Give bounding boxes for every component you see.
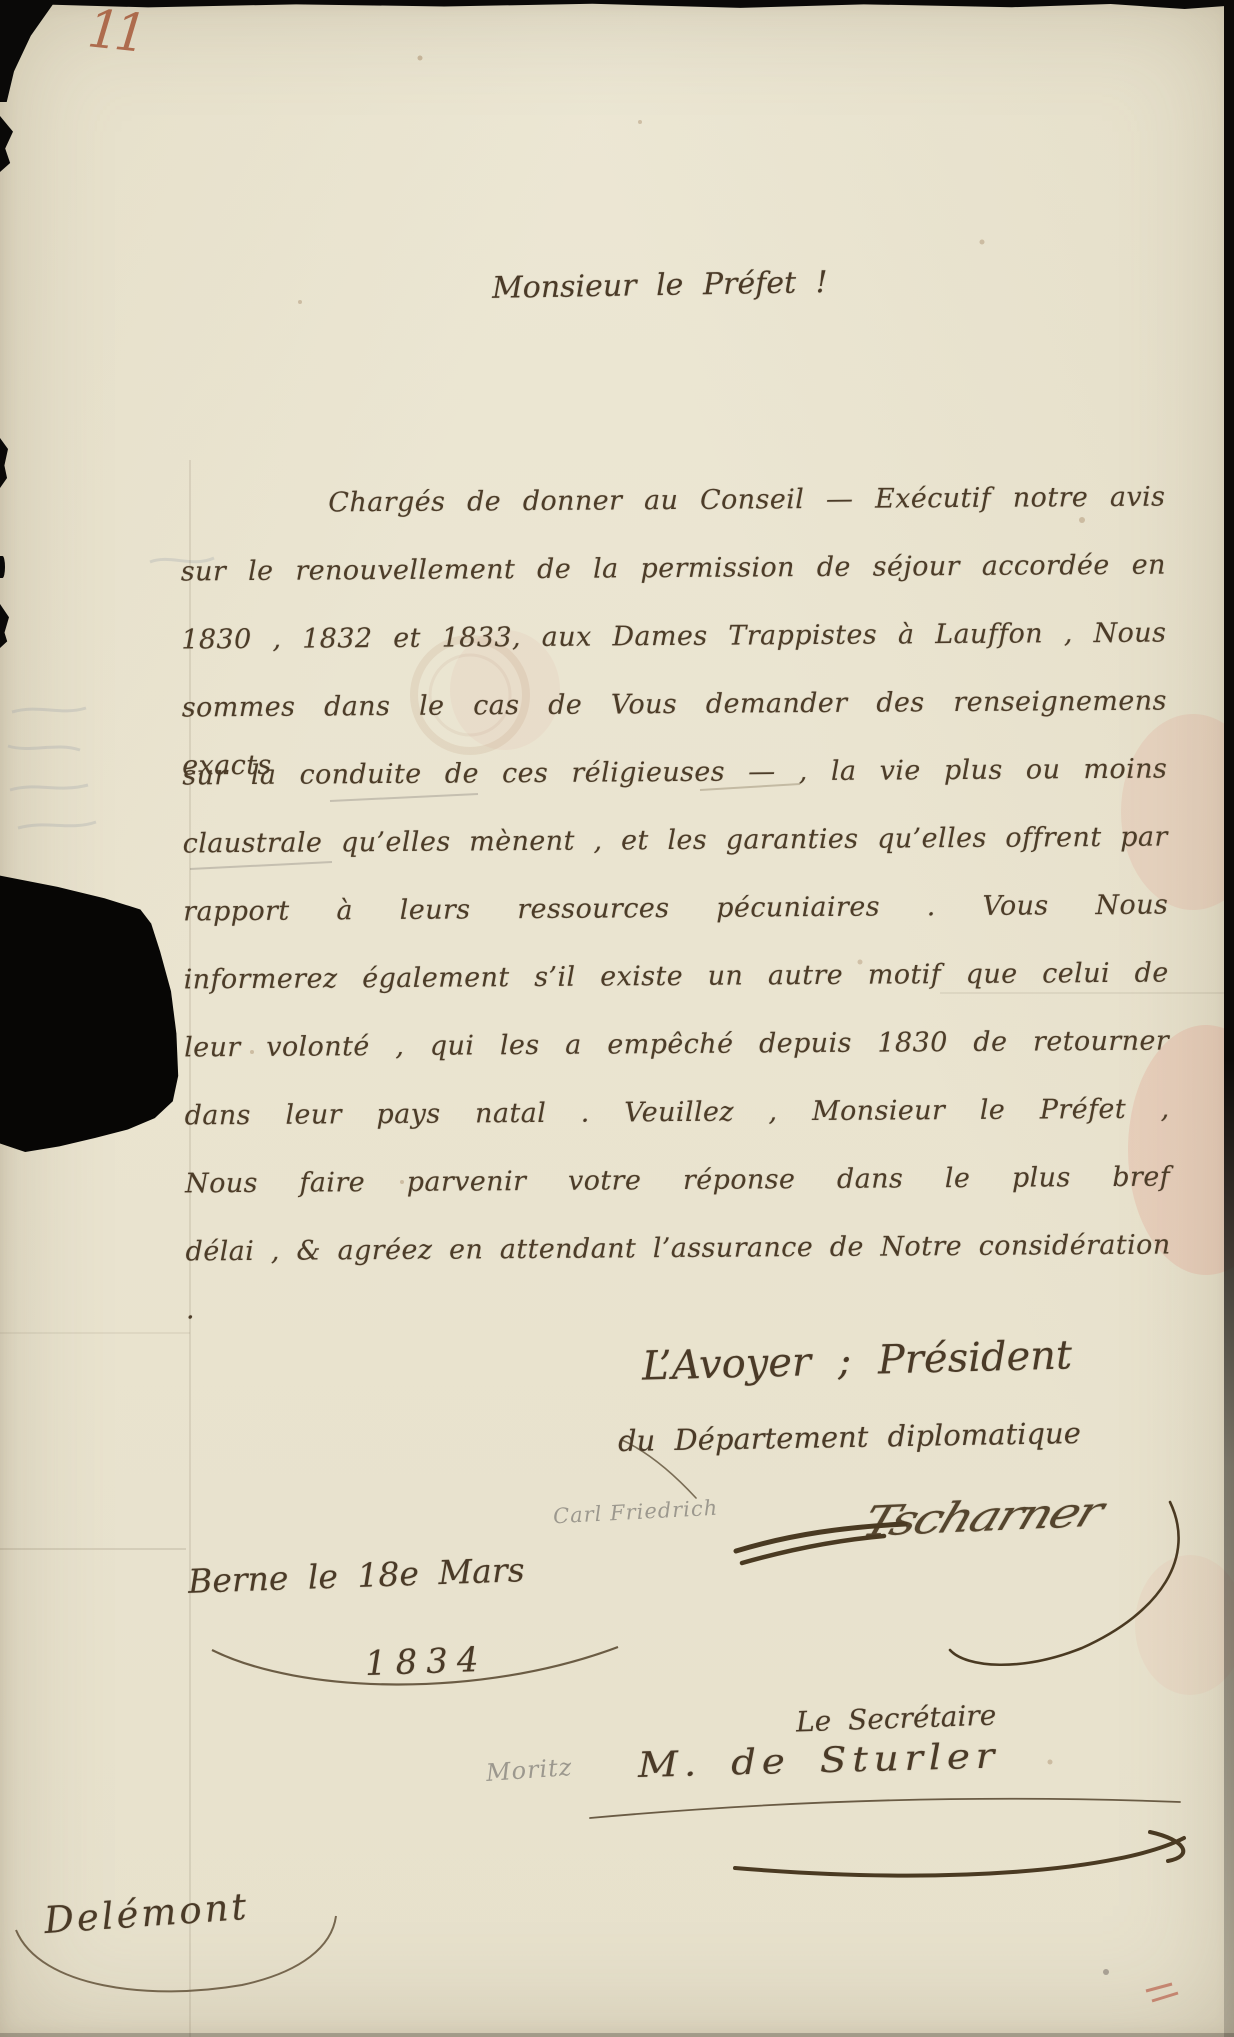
fold-crease-horizontal [0,1548,186,1550]
fold-crease-horizontal [0,1332,190,1334]
avoyer-signature: Tscharner [856,1487,1108,1546]
pencil-annotation-moritz: Moritz [485,1753,573,1787]
torn-corner [0,0,56,102]
letter-scan-page: 11 Monsieur le Préfet ! Chargés de donne… [0,0,1234,2037]
body-line: leur volonté , qui les a empêché depuis … [184,1013,1169,1088]
edge-nick [0,556,5,578]
body-line: claustrale qu’elles mènent , et les gara… [183,809,1168,884]
secretary-title: Le Secrétaire [795,1699,996,1739]
body-line: sur la conduite de ces réligieuses — , l… [182,741,1167,816]
secretary-signature-flourish [590,1799,1184,1876]
archival-mark: 11 [85,0,145,64]
signer-role-line1: L’Avoyer ; Président [641,1332,1072,1389]
scan-top-edge [0,0,1234,9]
dateline-year: 1834 [364,1640,488,1684]
letter-body: Chargés de donner au Conseil — Exécutif … [180,469,1171,1292]
edge-nick [0,604,9,648]
black-backing-tear [0,870,180,1152]
edge-nick [0,438,8,488]
body-line: délai , & agréez en attendant l’assuranc… [185,1217,1170,1292]
signer-role-line2: du Département diplomatique [618,1416,1081,1458]
salutation: Monsieur le Préfet ! [492,265,828,306]
edge-nick [0,150,6,163]
body-line: sommes dans le cas de Vous demander des … [182,673,1167,748]
edge-nick [0,116,13,172]
body-line: 1830 , 1832 et 1833, aux Dames Trappiste… [181,605,1166,680]
body-line: informerez également s’il existe un autr… [183,945,1168,1020]
red-corner-mark [1146,1984,1178,2001]
dateline-place: Berne le 18e Mars [187,1550,525,1601]
body-line: sur le renouvellement de la permission d… [181,537,1166,612]
scan-right-edge [1224,0,1234,2037]
docket-place: Delémont [43,1885,251,1942]
scan-bottom-edge [0,2033,1234,2037]
pink-stain [1135,1555,1234,1695]
secretary-signature: M. de Sturler [637,1737,1000,1786]
body-line: Nous faire parvenir votre réponse dans l… [185,1149,1170,1224]
avoyer-signature-flourish [622,1440,1179,1665]
body-line: Chargés de donner au Conseil — Exécutif … [180,469,1165,544]
body-line: dans leur pays natal . Veuillez , Monsie… [184,1081,1169,1156]
body-line: rapport à leurs ressources pécuniaires .… [183,877,1168,952]
pencil-annotation-carl-friedrich: Carl Friedrich [552,1496,718,1529]
